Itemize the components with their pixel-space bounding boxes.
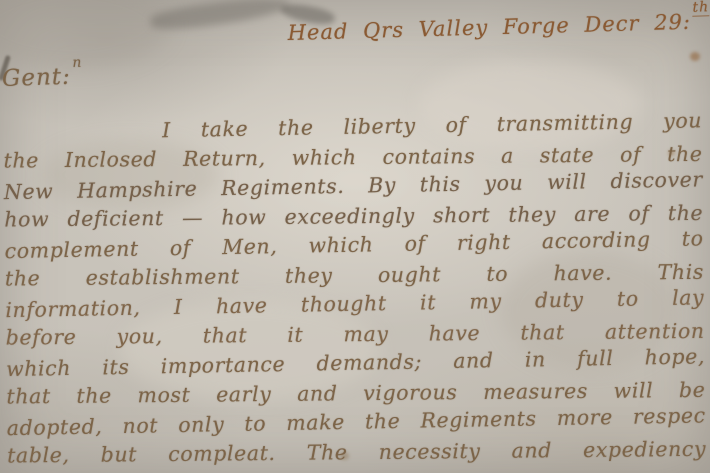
pencil-smudge bbox=[149, 0, 291, 34]
foxing-spot bbox=[690, 52, 700, 61]
dateline-superscript: th bbox=[692, 0, 709, 17]
salutation-text: Gent: bbox=[2, 64, 72, 92]
letter-line: table, but compleat. The necessity and e… bbox=[4, 434, 710, 470]
letter-page: Head Qrs Valley Forge Decr 29:th 1777 Ge… bbox=[0, 0, 710, 473]
paper-mottle bbox=[0, 0, 170, 70]
salutation-superscript: n bbox=[72, 55, 83, 71]
dateline: Head Qrs Valley Forge Decr 29:th 1777 bbox=[287, 8, 704, 45]
letter-body: I take the liberty of transmitting you t… bbox=[0, 108, 710, 471]
dateline-text: Head Qrs Valley Forge Decr 29: bbox=[287, 10, 691, 45]
salutation: Gent:n bbox=[2, 63, 84, 92]
